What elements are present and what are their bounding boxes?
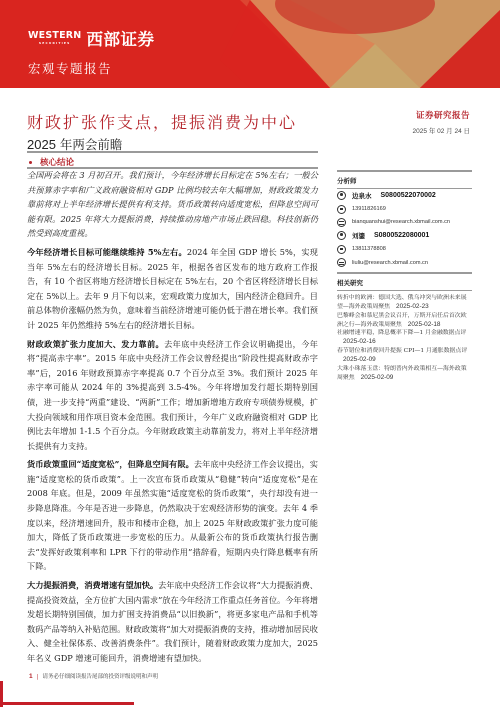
analyst-phone-row: 13911826169	[337, 202, 472, 215]
paragraph-lead: 财政政策扩张力度加大、发力靠前。	[27, 339, 164, 349]
company-logo: WESTERN SECURITIES 西部证券	[28, 26, 154, 50]
paragraph-text: 去年底中央经济工作会议将“大力提振消费、提高投资效益，全方位扩大国内需求”放在今…	[27, 580, 318, 663]
header-banner: WESTERN SECURITIES 西部证券 宏观专题报告	[0, 0, 500, 88]
paragraph-text: 去年底中央经济工作会议明确提出，今年将“提高赤字率”。2015 年底中央经济工作…	[27, 339, 318, 451]
analyst-email[interactable]: bianquanshui@research.xbmail.com.cn	[352, 219, 450, 225]
phone-icon	[337, 205, 346, 214]
analyst-cert: S0800522080001	[374, 232, 429, 239]
person-icon	[337, 191, 346, 200]
paragraph-lead: 货币政策重回“适度宽松”，但降息空间有限。	[27, 459, 194, 469]
logo-english: WESTERN	[28, 31, 81, 41]
paragraph-text: 2024 年全国 GDP 增长 5%，实现当年 5%左右的经济增长目标。2025…	[27, 247, 318, 330]
analyst-name-row: 刘鎏 S0800522080001	[337, 229, 472, 242]
logo-chinese: 西部证券	[86, 26, 154, 50]
footer-accent-horizontal	[0, 702, 134, 705]
related-title[interactable]: 社融增速平稳，降息概率下降—1 月金融数据点评	[337, 330, 466, 336]
bullet-icon	[29, 161, 32, 164]
related-item[interactable]: 大珠小珠落玉盘：特朗普内外政策相互—海外政策周聚焦2025-02-09	[337, 365, 472, 383]
logo-english-sub: SECURITIES	[39, 41, 71, 45]
body-paragraph: 大力提振消费，消费增速有望加快。去年底中央经济工作会议将“大力提振消费、提高投资…	[27, 578, 318, 666]
analyst-heading: 分析师	[337, 172, 472, 189]
paragraph-lead: 大力提振消费，消费增速有望加快。	[27, 580, 158, 590]
phone-icon	[337, 245, 346, 254]
related-date: 2025-02-16	[343, 338, 376, 345]
related-date: 2025-02-18	[408, 321, 441, 328]
related-item[interactable]: 社融增速平稳，降息概率下降—1 月金融数据点评2025-02-16	[337, 329, 472, 347]
report-type-label: 宏观专题报告	[28, 59, 112, 77]
analyst-name: 刘鎏	[352, 231, 365, 240]
paragraph-text: 去年底中央经济工作会议提出，实施“适度宽松的货币政策”。上一次宣布货币政策从“稳…	[27, 459, 318, 571]
related-item[interactable]: 春节错位和消费回升提振 CPI—1 月通胀数据点评2025-02-09	[337, 347, 472, 365]
report-title: 财政扩张作支点，提振消费为中心	[27, 110, 297, 133]
title-divider	[27, 151, 318, 153]
related-heading: 相关研究	[337, 274, 472, 291]
related-title[interactable]: 巴黎峰会和慕尼黑会议召开，万斯开启任后首次欧洲之行—海外政策周聚焦	[337, 313, 467, 328]
summary-paragraph: 全国两会将在 3 月初召开。我们预计，今年经济增长目标定在 5%左右；一般公共预…	[27, 168, 318, 241]
analyst-phone-row: 13811378808	[337, 243, 472, 256]
related-research: 相关研究 转折中的欧洲：德国大选、俄乌冲突与欧洲未来展望—海外政策周聚焦2025…	[337, 272, 472, 383]
body-paragraph: 财政政策扩张力度加大、发力靠前。去年底中央经济工作会议明确提出，今年将“提高赤字…	[27, 337, 318, 454]
related-list: 转折中的欧洲：德国大选、俄乌冲突与欧洲未来展望—海外政策周聚焦2025-02-2…	[337, 291, 472, 383]
body-paragraph: 今年经济增长目标可能继续维持 5%左右。2024 年全国 GDP 增长 5%，实…	[27, 245, 318, 333]
footer-separator: |	[37, 674, 39, 680]
report-date: 2025 年 02 月 24 日	[413, 126, 470, 135]
subtitle-year: 2025	[27, 137, 56, 152]
main-body: 全国两会将在 3 月初召开。我们预计，今年经济增长目标定在 5%左右；一般公共预…	[27, 168, 318, 670]
body-paragraph: 货币政策重回“适度宽松”，但降息空间有限。去年底中央经济工作会议提出，实施“适度…	[27, 457, 318, 574]
report-category-tag: 证券研究报告	[416, 109, 470, 121]
related-date: 2025-02-09	[343, 356, 376, 363]
analyst-phone: 13811378808	[352, 246, 386, 252]
analyst-name: 边泉水	[352, 191, 372, 200]
analyst-name-row: 边泉水 S0800522070002	[337, 189, 472, 202]
related-date: 2025-02-09	[361, 374, 394, 381]
person-icon	[337, 231, 346, 240]
related-date: 2025-02-23	[396, 303, 429, 310]
related-item[interactable]: 巴黎峰会和慕尼黑会议召开，万斯开启任后首次欧洲之行—海外政策周聚焦2025-02…	[337, 312, 472, 330]
email-icon	[337, 218, 346, 227]
related-title[interactable]: 春节错位和消费回升提振 CPI—1 月通胀数据点评	[337, 348, 467, 354]
analyst-phone: 13911826169	[352, 206, 386, 212]
footer-disclaimer: 请务必仔细阅读报告尾部的投资评级说明和声明	[42, 674, 158, 680]
sidebar: 分析师 边泉水 S0800522070002 13911826169 bianq…	[337, 170, 472, 383]
analyst-cert: S0800522070002	[381, 192, 436, 199]
related-item[interactable]: 转折中的欧洲：德国大选、俄乌冲突与欧洲未来展望—海外政策周聚焦2025-02-2…	[337, 294, 472, 312]
subtitle-text: 年两会前瞻	[56, 137, 122, 152]
email-icon	[337, 258, 346, 267]
page-footer: 1|请务必仔细阅读报告尾部的投资评级说明和声明	[29, 672, 158, 680]
paragraph-lead: 今年经济增长目标可能继续维持 5%左右。	[27, 247, 187, 257]
page-number: 1	[29, 673, 33, 680]
analyst-email[interactable]: liuliu@research.xbmail.com.cn	[352, 260, 428, 266]
analyst-email-row: liuliu@research.xbmail.com.cn	[337, 256, 472, 269]
analyst-email-row: bianquanshui@research.xbmail.com.cn	[337, 216, 472, 229]
related-title[interactable]: 大珠小珠落玉盘：特朗普内外政策相互—海外政策周聚焦	[337, 366, 467, 381]
